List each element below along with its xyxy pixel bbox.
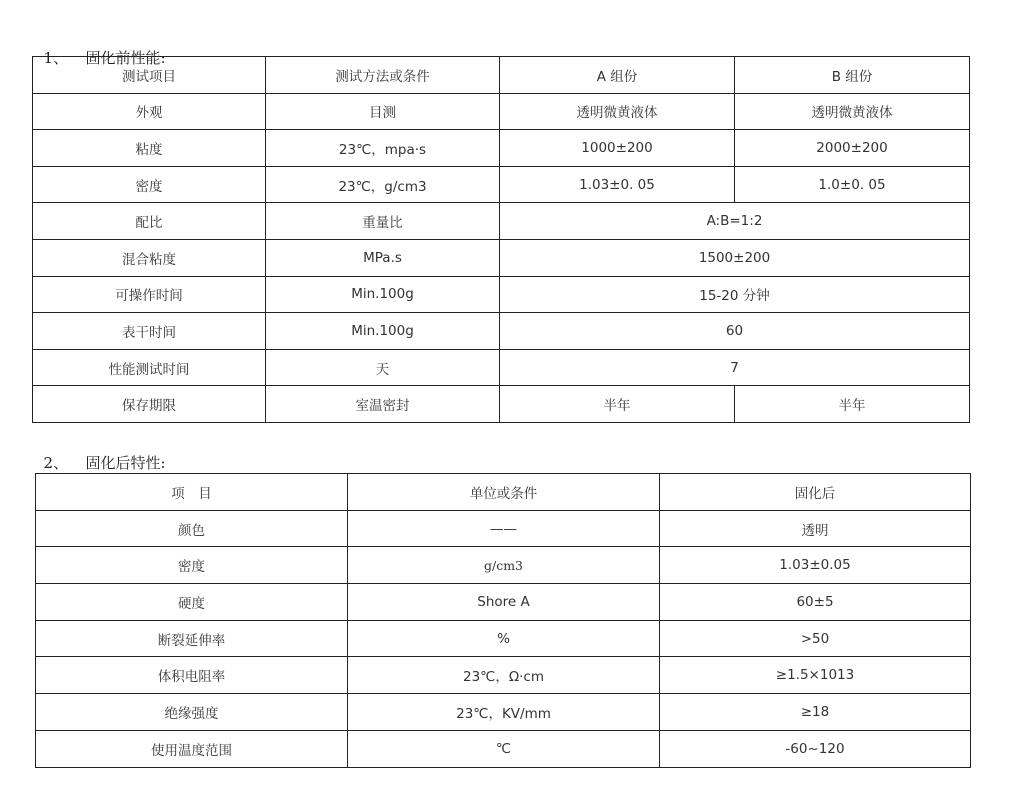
table-row: 外观 目测 透明微黄液体 透明微黄液体	[33, 93, 970, 130]
section2-heading: 2、固化后特性:	[34, 434, 166, 473]
table-header-row: 测试项目 测试方法或条件 A 组份 B 组份	[33, 57, 970, 94]
unit-cell: 23℃，KV/mm	[348, 694, 660, 731]
table-row: 密度 g/cm3 1.03±0.05	[36, 547, 971, 584]
table-row: 性能测试时间 天 7	[33, 349, 970, 386]
item-cell: 外观	[33, 93, 266, 130]
combined-value-cell: 60	[500, 313, 970, 350]
value-cell: 60±5	[660, 584, 971, 621]
table-row: 绝缘强度 23℃，KV/mm ≥18	[36, 694, 971, 731]
b-value-cell: 半年	[735, 386, 970, 423]
a-value-cell: 1.03±0. 05	[500, 166, 735, 203]
item-cell: 可操作时间	[33, 276, 266, 313]
item-cell: 表干时间	[33, 313, 266, 350]
item-cell: 配比	[33, 203, 266, 240]
method-cell: MPa.s	[266, 239, 500, 276]
table-row: 可操作时间 Min.100g 15-20 分钟	[33, 276, 970, 313]
table-row: 表干时间 Min.100g 60	[33, 313, 970, 350]
item-cell: 粘度	[33, 130, 266, 167]
item-cell: 断裂延伸率	[36, 620, 348, 657]
a-value-cell: 1000±200	[500, 130, 735, 167]
unit-cell: 23℃，Ω·cm	[348, 657, 660, 694]
header-cell: 固化后	[660, 474, 971, 511]
header-cell: A 组份	[500, 57, 735, 94]
b-value-cell: 透明微黄液体	[735, 93, 970, 130]
table-row: 使用温度范围 ℃ -60~120	[36, 730, 971, 767]
method-cell: 目测	[266, 93, 500, 130]
table-row: 粘度 23℃，mpa·s 1000±200 2000±200	[33, 130, 970, 167]
pre-cure-properties-table: 测试项目 测试方法或条件 A 组份 B 组份 外观 目测 透明微黄液体 透明微黄…	[32, 56, 970, 423]
table-row: 体积电阻率 23℃，Ω·cm ≥1.5×1013	[36, 657, 971, 694]
table-row: 颜色 —— 透明	[36, 510, 971, 547]
method-cell: 23℃，mpa·s	[266, 130, 500, 167]
unit-cell: ——	[348, 510, 660, 547]
unit-cell: Shore A	[348, 584, 660, 621]
item-cell: 性能测试时间	[33, 349, 266, 386]
item-cell: 硬度	[36, 584, 348, 621]
value-cell: -60~120	[660, 730, 971, 767]
method-cell: Min.100g	[266, 313, 500, 350]
method-cell: 23℃，g/cm3	[266, 166, 500, 203]
header-cell: 单位或条件	[348, 474, 660, 511]
table-row: 配比 重量比 A:B=1:2	[33, 203, 970, 240]
value-cell: >50	[660, 620, 971, 657]
value-cell: ≥18	[660, 694, 971, 731]
combined-value-cell: 1500±200	[500, 239, 970, 276]
item-cell: 使用温度范围	[36, 730, 348, 767]
value-cell: 1.03±0.05	[660, 547, 971, 584]
item-cell: 密度	[36, 547, 348, 584]
b-value-cell: 1.0±0. 05	[735, 166, 970, 203]
method-cell: 天	[266, 349, 500, 386]
header-cell: 测试项目	[33, 57, 266, 94]
table-row: 混合粘度 MPa.s 1500±200	[33, 239, 970, 276]
post-cure-properties-table: 项 目 单位或条件 固化后 颜色 —— 透明 密度 g/cm3 1.03±0.0…	[35, 473, 971, 768]
header-cell: 测试方法或条件	[266, 57, 500, 94]
section2-title: 固化后特性:	[86, 454, 166, 472]
combined-value-cell: A:B=1:2	[500, 203, 970, 240]
a-value-cell: 透明微黄液体	[500, 93, 735, 130]
unit-cell: g/cm3	[348, 547, 660, 584]
method-cell: 室温密封	[266, 386, 500, 423]
combined-value-cell: 15-20 分钟	[500, 276, 970, 313]
header-cell: B 组份	[735, 57, 970, 94]
method-cell: Min.100g	[266, 276, 500, 313]
a-value-cell: 半年	[500, 386, 735, 423]
table-row: 密度 23℃，g/cm3 1.03±0. 05 1.0±0. 05	[33, 166, 970, 203]
b-value-cell: 2000±200	[735, 130, 970, 167]
item-cell: 保存期限	[33, 386, 266, 423]
item-cell: 体积电阻率	[36, 657, 348, 694]
combined-value-cell: 7	[500, 349, 970, 386]
unit-cell: ℃	[348, 730, 660, 767]
unit-cell: %	[348, 620, 660, 657]
value-cell: 透明	[660, 510, 971, 547]
item-cell: 密度	[33, 166, 266, 203]
header-cell: 项 目	[36, 474, 348, 511]
table-header-row: 项 目 单位或条件 固化后	[36, 474, 971, 511]
item-cell: 颜色	[36, 510, 348, 547]
item-cell: 绝缘强度	[36, 694, 348, 731]
method-cell: 重量比	[266, 203, 500, 240]
section2-number: 2、	[44, 452, 86, 473]
table-row: 断裂延伸率 % >50	[36, 620, 971, 657]
item-cell: 混合粘度	[33, 239, 266, 276]
value-cell: ≥1.5×1013	[660, 657, 971, 694]
table-row: 硬度 Shore A 60±5	[36, 584, 971, 621]
table-row: 保存期限 室温密封 半年 半年	[33, 386, 970, 423]
